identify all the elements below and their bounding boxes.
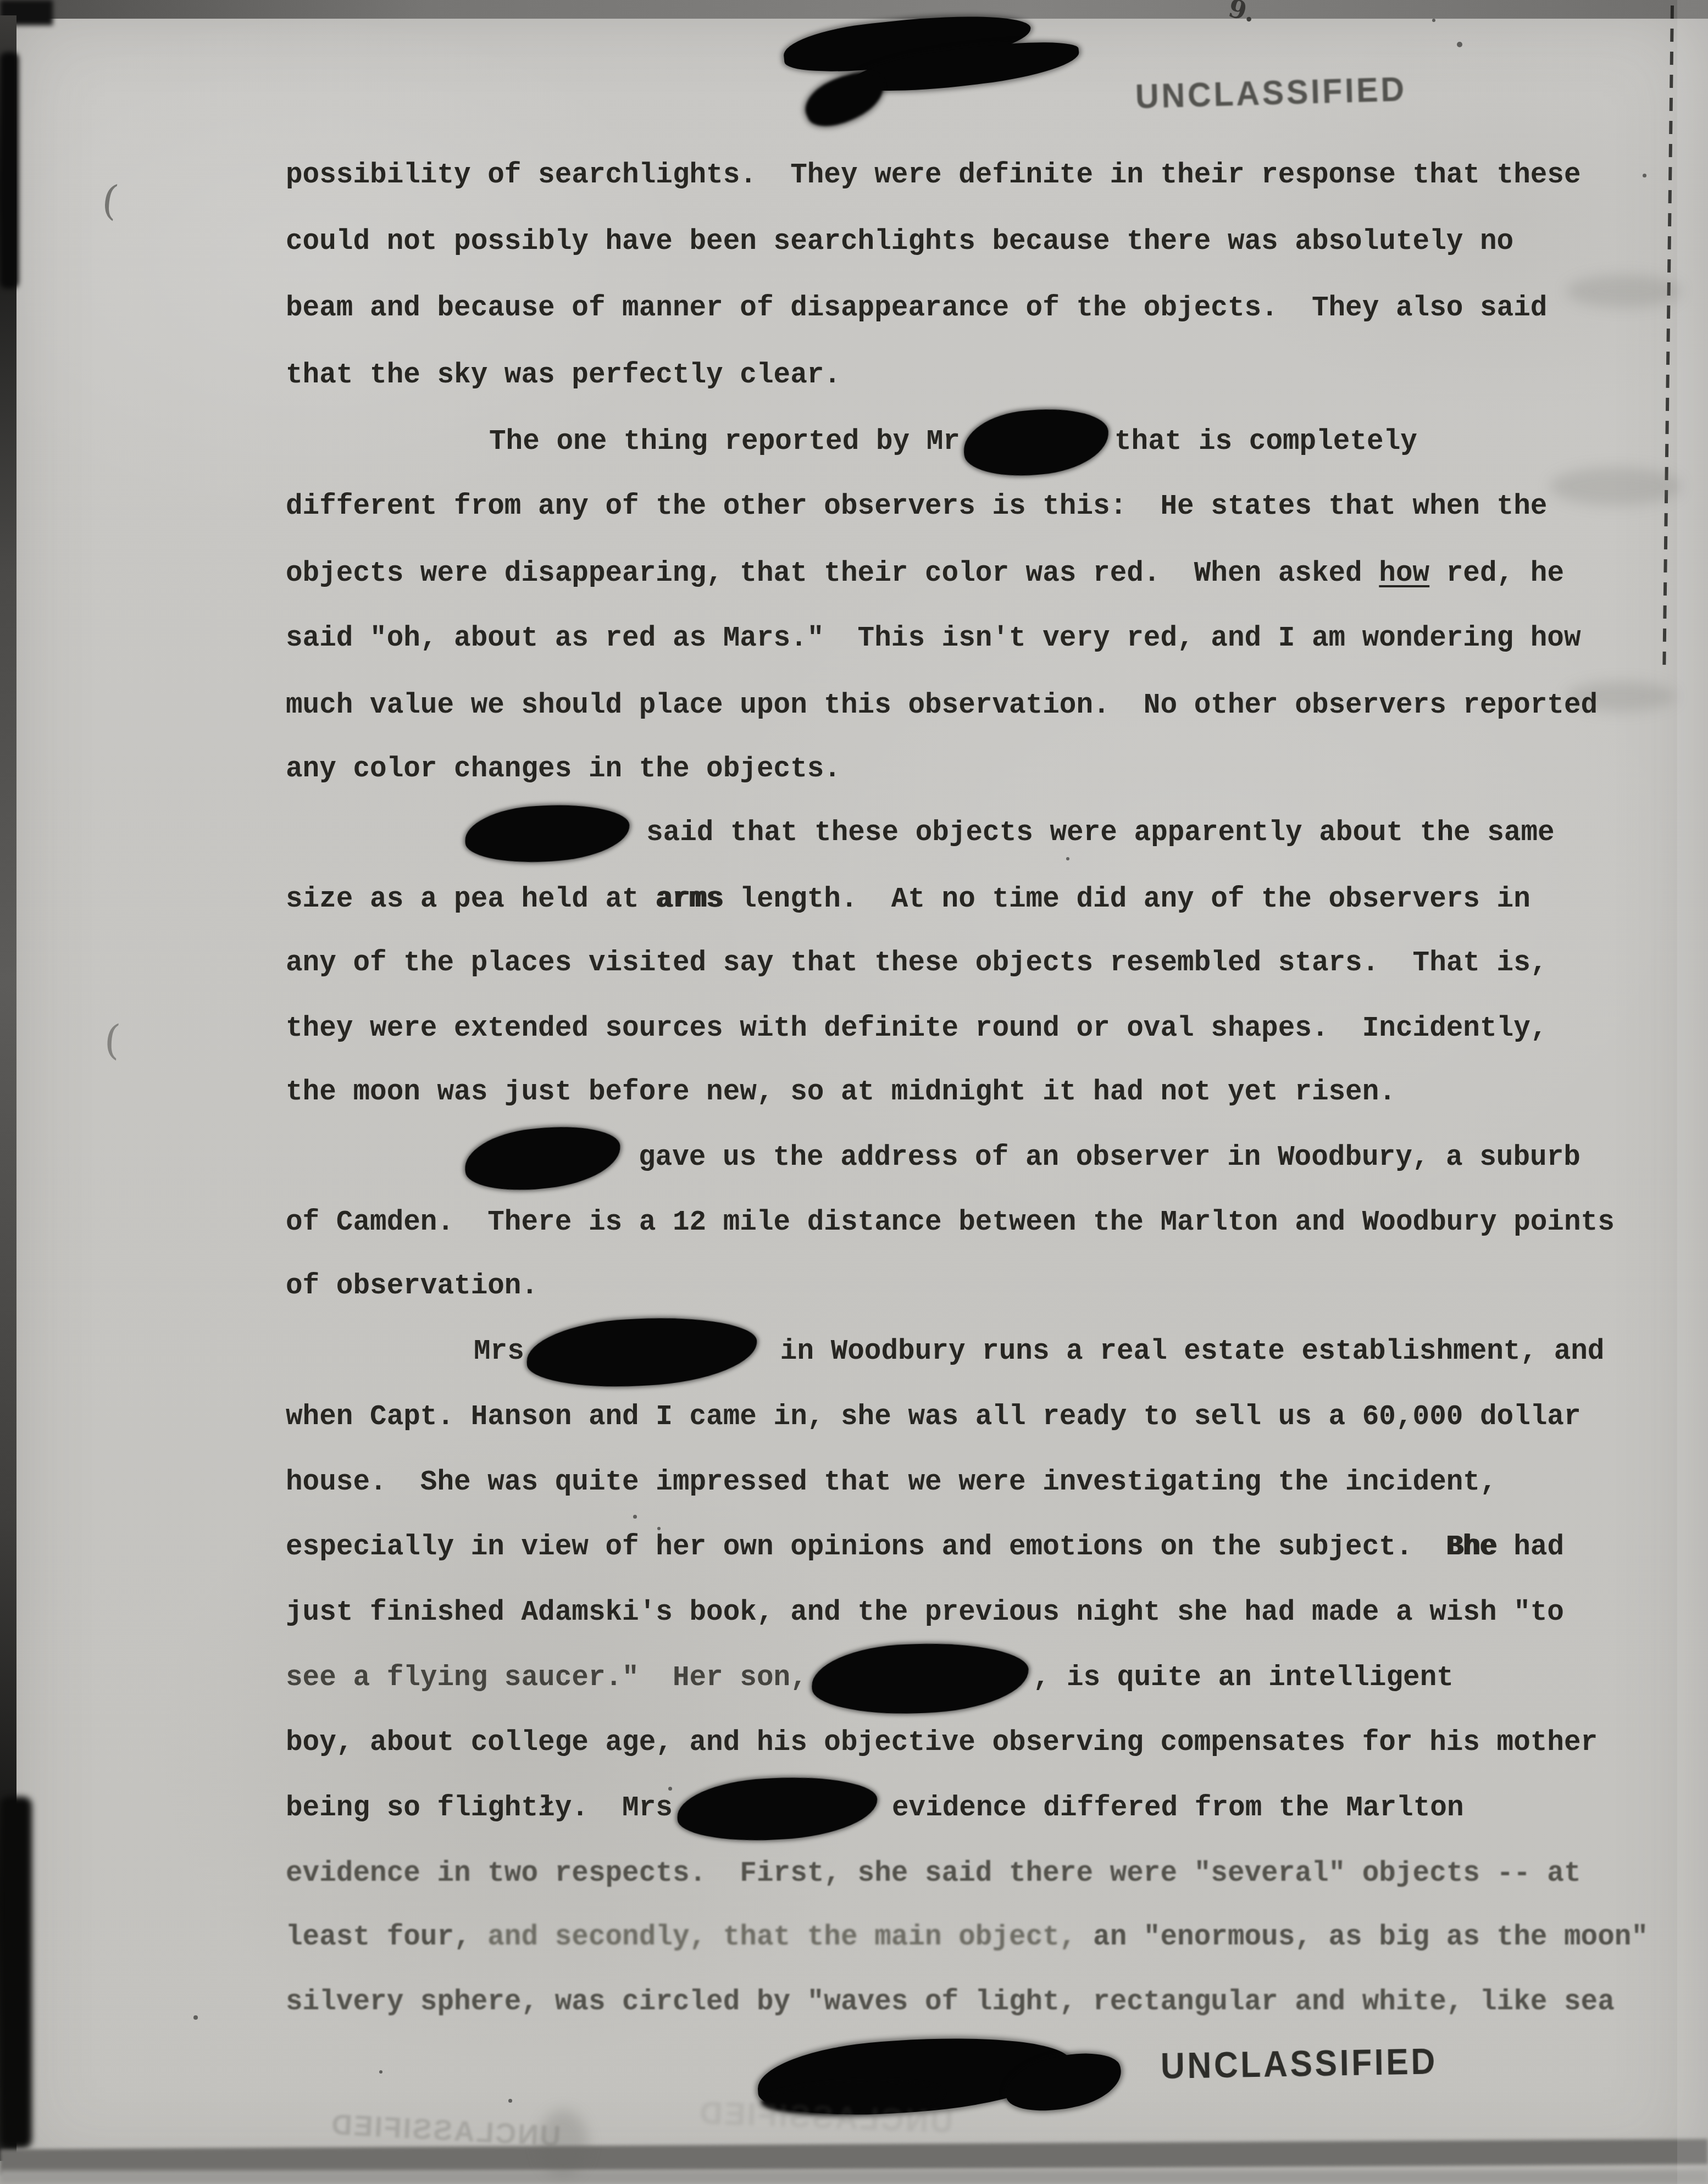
typewritten-line: just finished Adamski's book, and the pr…: [286, 1597, 1564, 1630]
text-segment: just finished Adamski's book, and the pr…: [286, 1597, 1564, 1630]
scan-left-shadow-upper: [0, 52, 19, 288]
text-segment: different from any of the other observer…: [286, 491, 1547, 524]
typewritten-line: gave us the address of an observer in Wo…: [464, 1142, 1581, 1175]
typewritten-line: being so flightły. Mrsevidence differed …: [286, 1792, 1464, 1825]
text-segment: least four,: [286, 1921, 487, 1954]
scan-right-lightband: [1677, 0, 1708, 2184]
bleedthrough-smudge: [1566, 275, 1682, 308]
typewritten-line: Mrsin Woodbury runs a real estate establ…: [474, 1336, 1604, 1369]
dust-speck: [657, 1527, 661, 1530]
typewritten-line: house. She was quite impressed that we w…: [286, 1466, 1497, 1499]
typewritten-line: The one thing reported by Mrthat is comp…: [489, 426, 1417, 459]
text-segment: being so flightły. Mrs: [286, 1792, 673, 1825]
text-segment: said "oh, about as red as Mars." This is…: [286, 623, 1581, 655]
typewritten-line: boy, about college age, and his objectiv…: [286, 1727, 1598, 1760]
bleedthrough-smudge: [1550, 467, 1682, 505]
typewritten-line: when Capt. Hanson and I came in, she was…: [286, 1401, 1581, 1434]
text-segment: of observation.: [286, 1270, 538, 1303]
typewritten-line: of observation.: [286, 1270, 538, 1303]
text-segment: evidence differed from the Marlton: [892, 1792, 1464, 1825]
unclassified-stamp-top: UNCLASSIFIED: [1135, 69, 1407, 116]
text-segment: size as a pea held at: [286, 883, 656, 916]
unclassified-stamp-bottom: UNCLASSIFIED: [1160, 2040, 1438, 2087]
pencil-paren-mark: (: [103, 1016, 122, 1064]
typewritten-line: evidence in two respects. First, she sai…: [286, 1858, 1581, 1891]
typewritten-line: especially in view of her own opinions a…: [286, 1531, 1564, 1564]
dust-speck: [1066, 857, 1069, 860]
typewritten-line: possibility of searchlights. They were d…: [286, 159, 1581, 192]
scanned-document-page: UNCLASSIFIED UNCLASSIFIED UNCLASSIFIED U…: [0, 0, 1708, 2184]
text-segment: had: [1497, 1531, 1564, 1564]
typewritten-line: much value we should place upon this obs…: [286, 690, 1598, 723]
typewritten-line: any color changes in the objects.: [286, 753, 841, 786]
text-segment: any of the places visited say that these…: [286, 947, 1547, 980]
dust-speck: [1643, 174, 1646, 177]
typewritten-line: objects were disappearing, that their co…: [286, 558, 1564, 591]
typewritten-line: they were extended sources with definite…: [286, 1013, 1547, 1046]
text-segment: length. At no time did any of the observ…: [723, 883, 1530, 916]
text-segment: said that these objects were apparently …: [646, 817, 1555, 850]
text-segment: see a flying saucer." Her son,: [286, 1662, 807, 1695]
text-segment: arms: [656, 883, 723, 916]
dust-speck: [633, 1515, 637, 1519]
dust-speck: [193, 2015, 198, 2020]
dust-speck: [379, 2070, 382, 2074]
text-segment: silvery sphere, was circled by "waves of…: [286, 1986, 1615, 2019]
typewritten-line: least four, and secondly, that the main …: [286, 1921, 1648, 1954]
text-segment: Bhe: [1446, 1531, 1497, 1564]
text-segment: house. She was quite impressed that we w…: [286, 1466, 1497, 1499]
text-segment: possibility of searchlights. They were d…: [286, 159, 1581, 192]
typewritten-line: silvery sphere, was circled by "waves of…: [286, 1986, 1615, 2019]
text-segment: beam and because of manner of disappeara…: [286, 292, 1547, 325]
text-segment: any color changes in the objects.: [286, 753, 841, 786]
dust-speck: [1457, 42, 1462, 47]
typewritten-line: see a flying saucer." Her son,, is quite…: [286, 1662, 1454, 1695]
text-segment: when Capt. Hanson and I came in, she was…: [286, 1401, 1581, 1434]
text-segment: objects were disappearing, that their co…: [286, 558, 1379, 591]
text-segment: , is quite an intelligent: [1033, 1662, 1454, 1695]
text-segment: an "enormous, as big as the moon": [1093, 1921, 1648, 1954]
text-segment: especially in view of her own opinions a…: [286, 1531, 1446, 1564]
text-segment: the moon was just before new, so at midn…: [286, 1076, 1396, 1109]
text-segment: how: [1379, 558, 1429, 591]
dust-speck: [1340, 1344, 1343, 1347]
text-segment: The one thing reported by Mr: [489, 426, 960, 459]
text-segment: much value we should place upon this obs…: [286, 690, 1598, 723]
scan-left-shadow-lower: [0, 1797, 32, 2148]
text-segment: in Woodbury runs a real estate establish…: [780, 1336, 1605, 1369]
typewritten-line: beam and because of manner of disappeara…: [286, 292, 1547, 325]
text-segment: boy, about college age, and his objectiv…: [286, 1727, 1598, 1760]
text-segment: Mrs: [474, 1336, 524, 1369]
text-segment: of Camden. There is a 12 mile distance b…: [286, 1207, 1615, 1240]
scan-top-edge: [0, 0, 1708, 19]
text-segment: they were extended sources with definite…: [286, 1013, 1547, 1046]
text-segment: and secondly, that the main object,: [487, 1921, 1093, 1954]
text-segment: that the sky was perfectly clear.: [286, 359, 841, 392]
typewritten-line: that the sky was perfectly clear.: [286, 359, 841, 392]
text-segment: could not possibly have been searchlight…: [286, 226, 1513, 259]
typewritten-line: said that these objects were apparently …: [465, 817, 1555, 850]
typewritten-line: different from any of the other observer…: [286, 491, 1547, 524]
typewritten-line: could not possibly have been searchlight…: [286, 226, 1513, 259]
scan-bottom-edge: [0, 2170, 1708, 2184]
typewritten-line: the moon was just before new, so at midn…: [286, 1076, 1396, 1109]
text-segment: evidence in two respects. First, she sai…: [286, 1858, 1581, 1891]
typewritten-line: size as a pea held at arms length. At no…: [286, 883, 1530, 916]
typewritten-line: any of the places visited say that these…: [286, 947, 1547, 980]
typewritten-line: said "oh, about as red as Mars." This is…: [286, 623, 1581, 655]
text-segment: that is completely: [1114, 426, 1417, 459]
dust-speck: [508, 2099, 512, 2103]
text-segment: red, he: [1429, 558, 1564, 591]
dust-speck: [668, 1787, 672, 1791]
dust-speck: [1432, 19, 1435, 22]
text-segment: gave us the address of an observer in Wo…: [639, 1142, 1581, 1175]
typewritten-line: of Camden. There is a 12 mile distance b…: [286, 1207, 1615, 1240]
